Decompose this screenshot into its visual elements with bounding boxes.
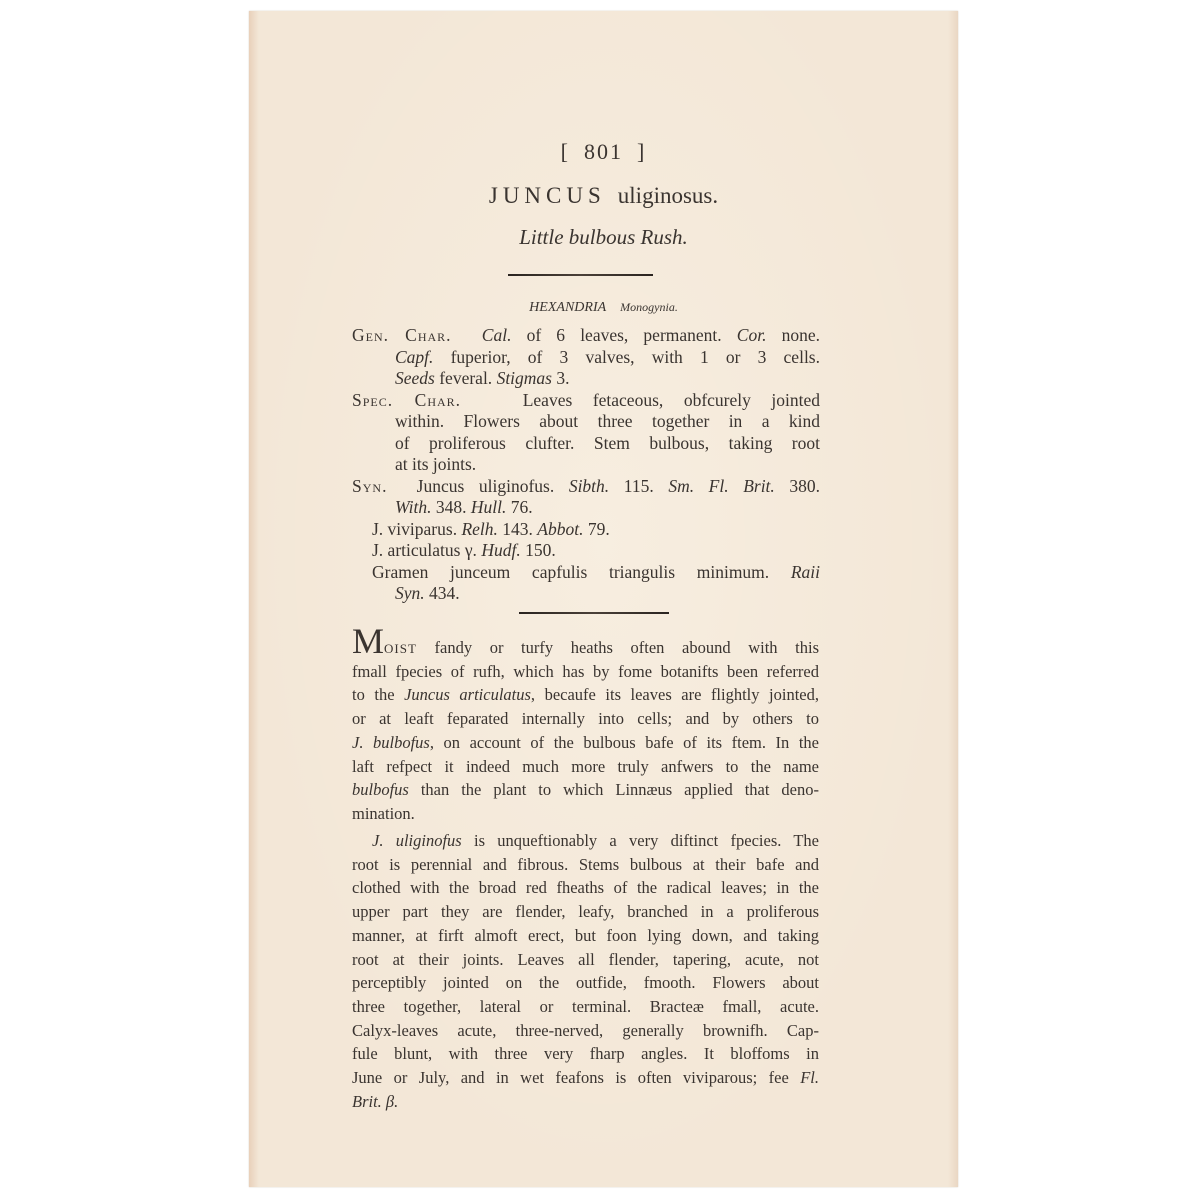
bracket-left: [ [561,139,570,165]
text-line: manner, at firft almoft erect, but foon … [352,924,819,948]
text-line: perceptibly jointed on the outfide, fmoo… [352,971,819,995]
text-line: three together, lateral or terminal. Bra… [352,995,819,1019]
text: June or July, and in wet feafons is ofte… [352,1068,800,1087]
divider-rule [519,612,669,614]
taxon: J. uliginofus [372,831,462,850]
gen-char-label: Gen. Char. [352,325,452,345]
text: oist [384,637,417,657]
spec-char-line: at its joints. [352,454,820,476]
class-name: HEXANDRIA [529,300,606,315]
syn-line: With. 348. Hull. 76. [352,497,820,519]
text: is unqueftionably a very diftinct fpecie… [462,831,819,850]
text: 150. [521,540,556,560]
text: to the [352,685,404,704]
term: Cal. [482,325,512,345]
gen-char-line: Gen. Char. Cal. of 6 leaves, permanent. … [352,325,820,347]
term: Stigmas [497,368,552,388]
spec-char-label: Spec. Char. [352,390,461,410]
text-line: J. bulbofus, on account of the bulbous b… [352,731,819,755]
page-number: [801] [249,139,958,165]
text: of 6 leaves, permanent. [511,325,736,345]
text: J. articulatus γ. [372,540,481,560]
spec-char-line: of proliferous clufter. Stem bulbous, ta… [352,433,820,455]
reference: Syn. [395,583,425,603]
taxon: bulbofus [352,780,409,799]
spec-char-line: Spec. Char. Leaves fetaceous, obfcurely … [352,390,820,412]
gen-char-line: Seeds feveral. Stigmas 3. [352,368,820,390]
term: Capf. [395,347,433,367]
text: 348. [431,497,470,517]
spec-char-line: within. Flowers about three together in … [352,411,820,433]
characters-section: Gen. Char. Cal. of 6 leaves, permanent. … [352,325,820,605]
syn-line: J. viviparus. Relh. 143. Abbot. 79. [352,519,820,541]
syn-label: Syn. [352,476,387,496]
linnaean-class: HEXANDRIAMonogynia. [249,300,958,316]
term: Seeds [395,368,435,388]
page-number-value: 801 [584,139,623,164]
reference: Relh. [461,519,497,539]
text: 434. [425,583,460,603]
text: , becaufe its leaves are flightly jointe… [531,685,819,704]
text-line: fmall fpecies of rufh, which has by fome… [352,660,819,684]
text-line: Calyx-leaves acute, three-nerved, genera… [352,1019,819,1043]
bracket-right: ] [637,139,646,165]
text-line: mination. [352,802,819,826]
text: 79. [583,519,609,539]
text-line: fule blunt, with three very fharp angles… [352,1042,819,1066]
reference: Abbot. [537,519,583,539]
text-line: clothed with the broad red fheaths of th… [352,876,819,900]
term: Cor. [737,325,767,345]
drop-cap: M [352,621,384,661]
text-line: bulbofus than the plant to which Linnæus… [352,778,819,802]
reference: Brit. β. [352,1092,398,1111]
text: 76. [506,497,532,517]
common-name: Little bulbous Rush. [249,225,958,250]
text: , on account of the bulbous bafe of its … [430,733,819,752]
text: fuperior, of 3 valves, with 1 or 3 cells… [433,347,820,367]
syn-line: Syn. Juncus uliginofus. Sibth. 115. Sm. … [352,476,820,498]
syn-line: J. articulatus γ. Hudf. 150. [352,540,820,562]
text-line: June or July, and in wet feafons is ofte… [352,1066,819,1090]
text-line: Moist fandy or turfy heaths often abound… [352,631,819,660]
book-page: [801] JUNCUSuliginosus. Little bulbous R… [249,11,958,1187]
reference: Hudf. [481,540,520,560]
text: fandy or turfy heaths often abound with … [417,638,819,657]
text: Juncus uliginofus. [417,476,569,496]
syn-line: Syn. 434. [352,583,820,605]
text-line: J. uliginofus is unqueftionably a very d… [352,829,819,853]
text-line: Brit. β. [352,1090,819,1114]
taxon: J. bulbofus [352,733,430,752]
text-line: to the Juncus articulatus, becaufe its l… [352,683,819,707]
text: 3. [552,368,570,388]
divider-rule [508,274,653,276]
order-name: Monogynia. [620,300,678,314]
reference: Fl. [800,1068,819,1087]
text: 380. [775,476,820,496]
text-line: upper part they are flender, leafy, bran… [352,900,819,924]
text: none. [766,325,820,345]
description-paragraph-2: J. uliginofus is unqueftionably a very d… [352,829,819,1113]
reference: Sibth. [569,476,609,496]
species-name: uliginosus. [618,183,718,208]
text: 115. [609,476,668,496]
text-line: or at leaft feparated internally into ce… [352,707,819,731]
text-line: root at their joints. Leaves all flender… [352,948,819,972]
reference: With. [395,497,431,517]
description-paragraph-1: Moist fandy or turfy heaths often abound… [352,631,819,826]
text: Leaves fetaceous, obfcurely jointed [523,390,820,410]
text-line: laft refpect it indeed much more truly a… [352,755,819,779]
text: Gramen junceum capfulis triangulis minim… [372,562,791,582]
text: 143. [498,519,537,539]
reference: Sm. Fl. Brit. [668,476,774,496]
genus-name: JUNCUS [489,183,606,208]
reference: Hull. [471,497,507,517]
text: J. viviparus. [372,519,461,539]
text-line: root is perennial and fibrous. Stems bul… [352,853,819,877]
text: feveral. [435,368,497,388]
syn-line: Gramen junceum capfulis triangulis minim… [352,562,820,584]
species-title: JUNCUSuliginosus. [249,183,958,209]
taxon: Juncus articulatus [404,685,531,704]
reference: Raii [791,562,820,582]
gen-char-line: Capf. fuperior, of 3 valves, with 1 or 3… [352,347,820,369]
text: than the plant to which Linnæus applied … [409,780,819,799]
